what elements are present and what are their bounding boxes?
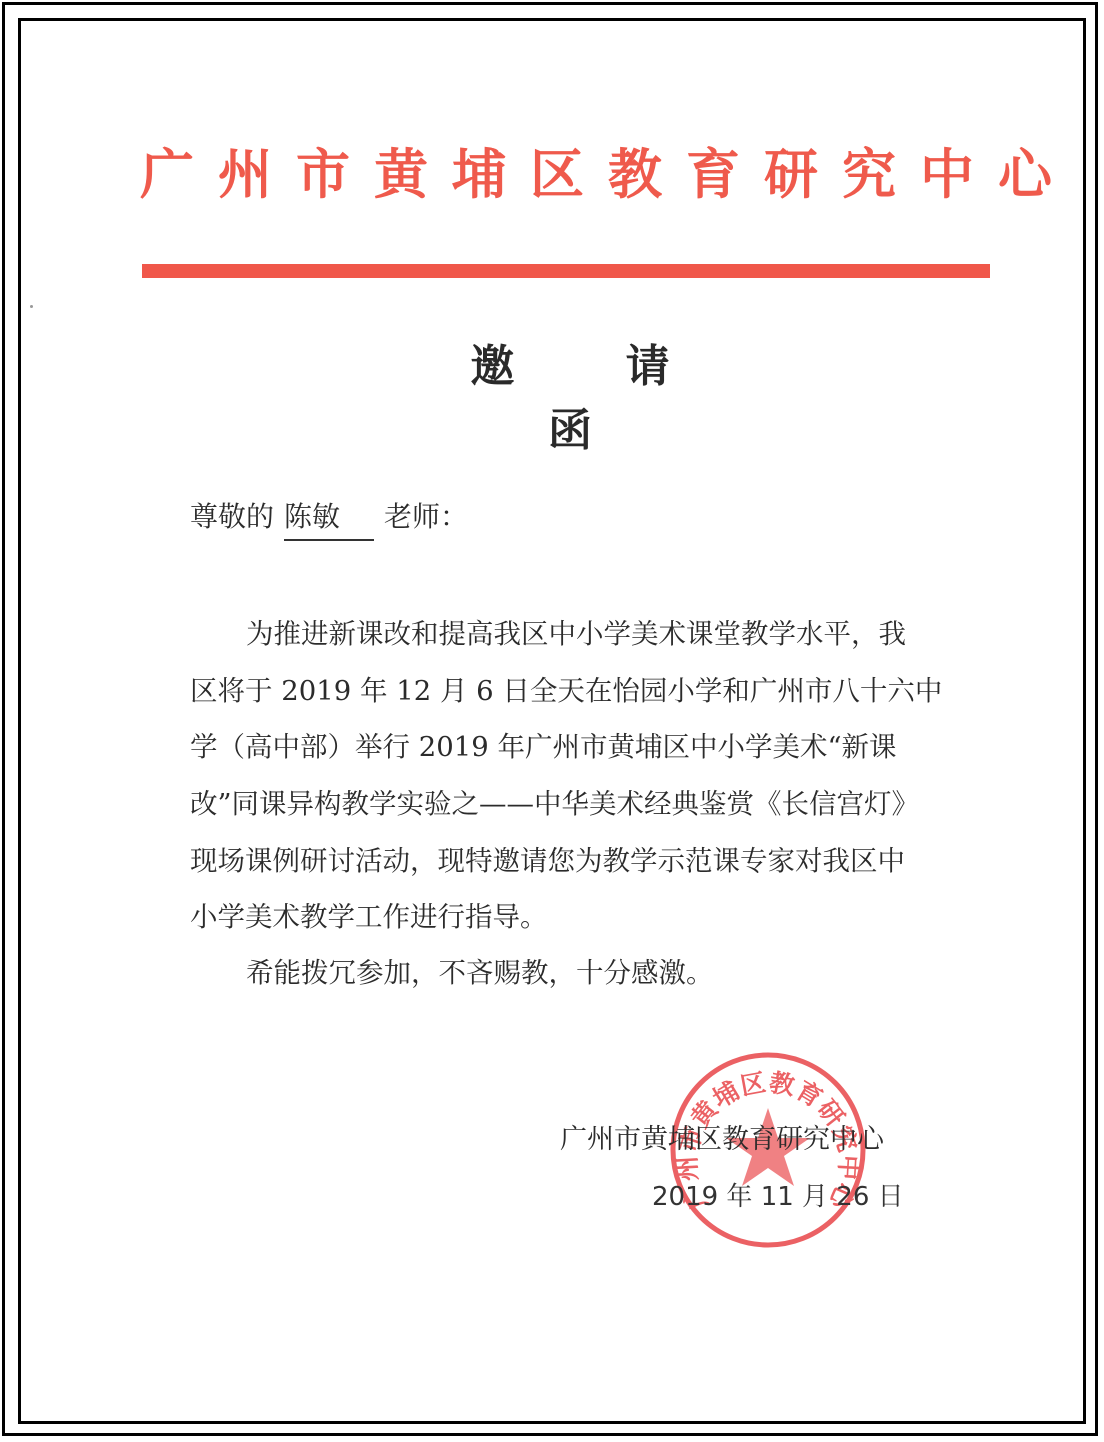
salutation-suffix: 老师： bbox=[384, 500, 468, 533]
signature-date: 2019 年 11 月 26 日 bbox=[652, 1175, 904, 1219]
body-line: 小学美术教学工作进行指导。 bbox=[190, 889, 950, 946]
body-line: 现场课例研讨活动，现特邀请您为教学示范课专家对我区中 bbox=[190, 833, 950, 890]
salutation: 尊敬的陈敏老师： bbox=[190, 495, 468, 541]
scan-speck bbox=[30, 305, 33, 308]
signature-organization: 广州市黄埔区教育研究中心 bbox=[560, 1118, 884, 1162]
body-line: 改”同课异构教学实验之——中华美术经典鉴赏《长信宫灯》 bbox=[190, 776, 950, 833]
recipient-name: 陈敏 bbox=[284, 495, 374, 541]
body-line: 为推进新课改和提高我区中小学美术课堂教学水平，我 bbox=[190, 606, 950, 663]
letter-body: 为推进新课改和提高我区中小学美术课堂教学水平，我 区将于 2019 年 12 月… bbox=[190, 606, 950, 946]
closing-remark: 希能拨冗参加，不吝赐教，十分感激。 bbox=[246, 945, 714, 1001]
document-title: 邀 请 函 bbox=[420, 330, 720, 458]
body-line: 学（高中部）举行 2019 年广州市黄埔区中小学美术“新课 bbox=[190, 719, 950, 776]
salutation-prefix: 尊敬的 bbox=[190, 500, 274, 533]
letterhead-org-name: 广州市黄埔区教育研究中心 bbox=[140, 140, 990, 210]
body-line: 区将于 2019 年 12 月 6 日全天在怡园小学和广州市八十六中 bbox=[190, 663, 950, 720]
letterhead-red-rule bbox=[142, 264, 990, 278]
